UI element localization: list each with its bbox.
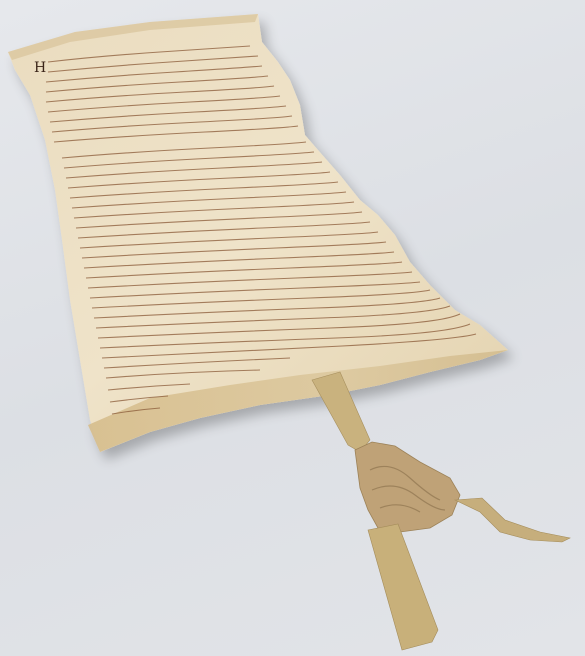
wax-seal (355, 442, 460, 532)
parchment (8, 14, 508, 452)
initial-letter: H (34, 60, 46, 76)
charter-photo: H (0, 0, 585, 656)
